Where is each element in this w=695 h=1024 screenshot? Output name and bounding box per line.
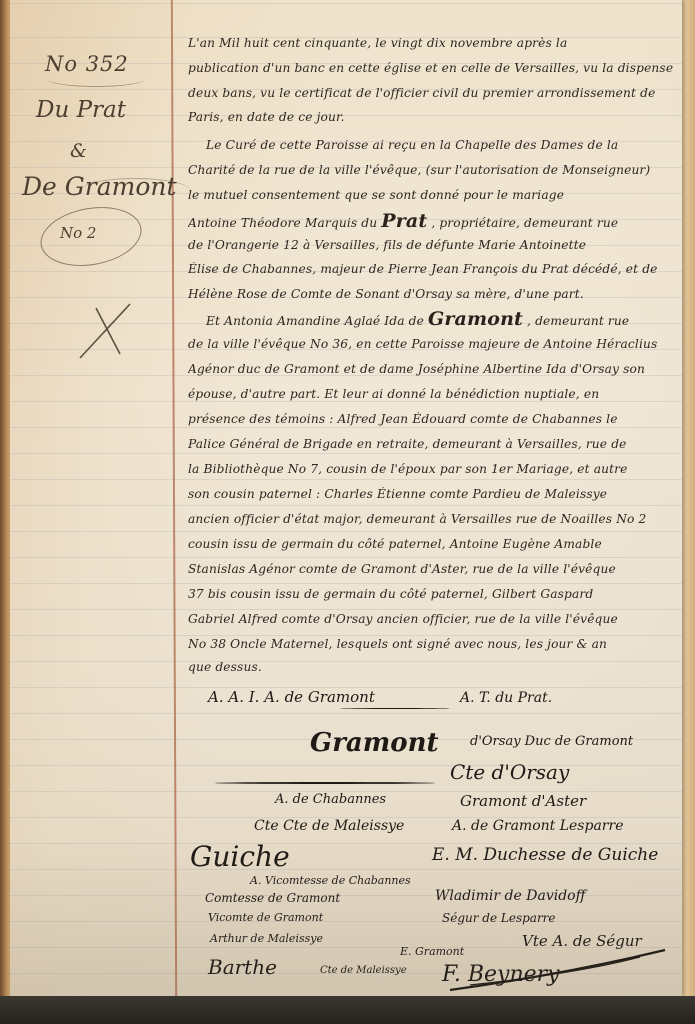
body-line: Palice Général de Brigade en retraite, d… — [188, 437, 676, 451]
groom-given-names: Antoine Théodore Marquis du — [188, 216, 377, 230]
signature-flourish — [215, 782, 435, 784]
signature: Barthe — [208, 955, 277, 979]
groom-line-rest: , propriétaire, demeurant rue — [431, 216, 618, 230]
signature: Gramont d'Aster — [460, 792, 586, 810]
signature: Arthur de Maleissye — [210, 932, 323, 945]
body-line: épouse, d'autre part. Et leur ai donné l… — [188, 387, 676, 401]
signature-couple-bride: A. A. I. A. de Gramont — [208, 688, 375, 706]
body-line: présence des témoins : Alfred Jean Édoua… — [188, 412, 676, 426]
signature: d'Orsay Duc de Gramont — [470, 734, 633, 749]
body-line: le mutuel consentement que se sont donné… — [188, 188, 676, 202]
body-line: publication d'un banc en cette église et… — [188, 61, 676, 75]
body-line: de la ville l'évêque No 36, en cette Par… — [188, 337, 676, 351]
body-line: Le Curé de cette Paroisse ai reçu en la … — [188, 138, 694, 152]
groom-surname: Du Prat — [36, 97, 126, 123]
signature: Comtesse de Gramont — [205, 891, 340, 905]
signature: A. de Gramont Lesparre — [452, 818, 623, 834]
body-line: que dessus. — [188, 660, 676, 674]
body-line: Agénor duc de Gramont et de dame Joséphi… — [188, 362, 676, 376]
signature-couple-groom: A. T. du Prat. — [460, 690, 552, 706]
signature: A. Vicomtesse de Chabannes — [250, 874, 411, 887]
body-line: deux bans, vu le certificat de l'officie… — [188, 86, 676, 100]
body-line: 37 bis cousin issu de germain du côté pa… — [188, 587, 676, 601]
body-line: la Bibliothèque No 7, cousin de l'époux … — [188, 462, 676, 476]
signature: E. M. Duchesse de Guiche — [432, 845, 658, 865]
body-line: Stanislas Agénor comte de Gramont d'Aste… — [188, 562, 676, 576]
signature: Wladimir de Davidoff — [435, 888, 586, 904]
signature-underline — [340, 708, 450, 709]
table-surface — [0, 996, 695, 1024]
bride-given-names: Et Antonia Amandine Aglaé Ida de — [206, 314, 424, 328]
body-line: Hélène Rose de Comte de Sonant d'Orsay s… — [188, 287, 676, 301]
document-photo: No 352 Du Prat & De Gramont No 2 L'an Mi… — [0, 0, 695, 1024]
body-line: de l'Orangerie 12 à Versailles, fils de … — [188, 238, 676, 252]
signature: A. de Chabannes — [275, 792, 386, 807]
signature: Gramont — [310, 728, 439, 758]
groom-line: Antoine Théodore Marquis du Prat , propr… — [188, 210, 676, 232]
signature-flourish-icon — [440, 945, 680, 995]
bride-line: Et Antonia Amandine Aglaé Ida de Gramont… — [188, 308, 694, 330]
bride-name-emphasis: Gramont — [428, 308, 523, 330]
body-line: L'an Mil huit cent cinquante, le vingt d… — [188, 36, 676, 50]
signature: Cte d'Orsay — [450, 760, 569, 784]
body-line: Paris, en date de ce jour. — [188, 110, 676, 124]
body-line: cousin issu de germain du côté paternel,… — [188, 537, 676, 551]
body-line: Élise de Chabannes, majeur de Pierre Jea… — [188, 262, 676, 276]
cross-mark-icon — [76, 300, 136, 370]
entry-number: No 352 — [45, 52, 129, 76]
ampersand: & — [70, 140, 87, 162]
signature: Guiche — [190, 840, 290, 873]
body-line: son cousin paternel : Charles Étienne co… — [188, 487, 676, 501]
signature: Ségur de Lesparre — [442, 911, 556, 925]
groom-name-emphasis: Prat — [381, 210, 427, 232]
body-line: ancien officier d'état major, demeurant … — [188, 512, 676, 526]
margin-column: No 352 Du Prat & De Gramont No 2 — [20, 0, 172, 996]
body-line: No 38 Oncle Maternel, lesquels ont signé… — [188, 637, 676, 651]
signature: Vicomte de Gramont — [208, 911, 323, 924]
bride-line-rest: , demeurant rue — [527, 314, 629, 328]
register-page: No 352 Du Prat & De Gramont No 2 L'an Mi… — [10, 0, 682, 996]
body-line: Charité de la rue de la ville l'évêque, … — [188, 163, 676, 177]
circled-note: No 2 — [60, 224, 96, 242]
signature: Cte de Maleissye — [320, 965, 407, 976]
body-line: Gabriel Alfred comte d'Orsay ancien offi… — [188, 612, 676, 626]
signature: Cte Cte de Maleissye — [254, 818, 404, 834]
bride-surname: De Gramont — [22, 172, 177, 201]
